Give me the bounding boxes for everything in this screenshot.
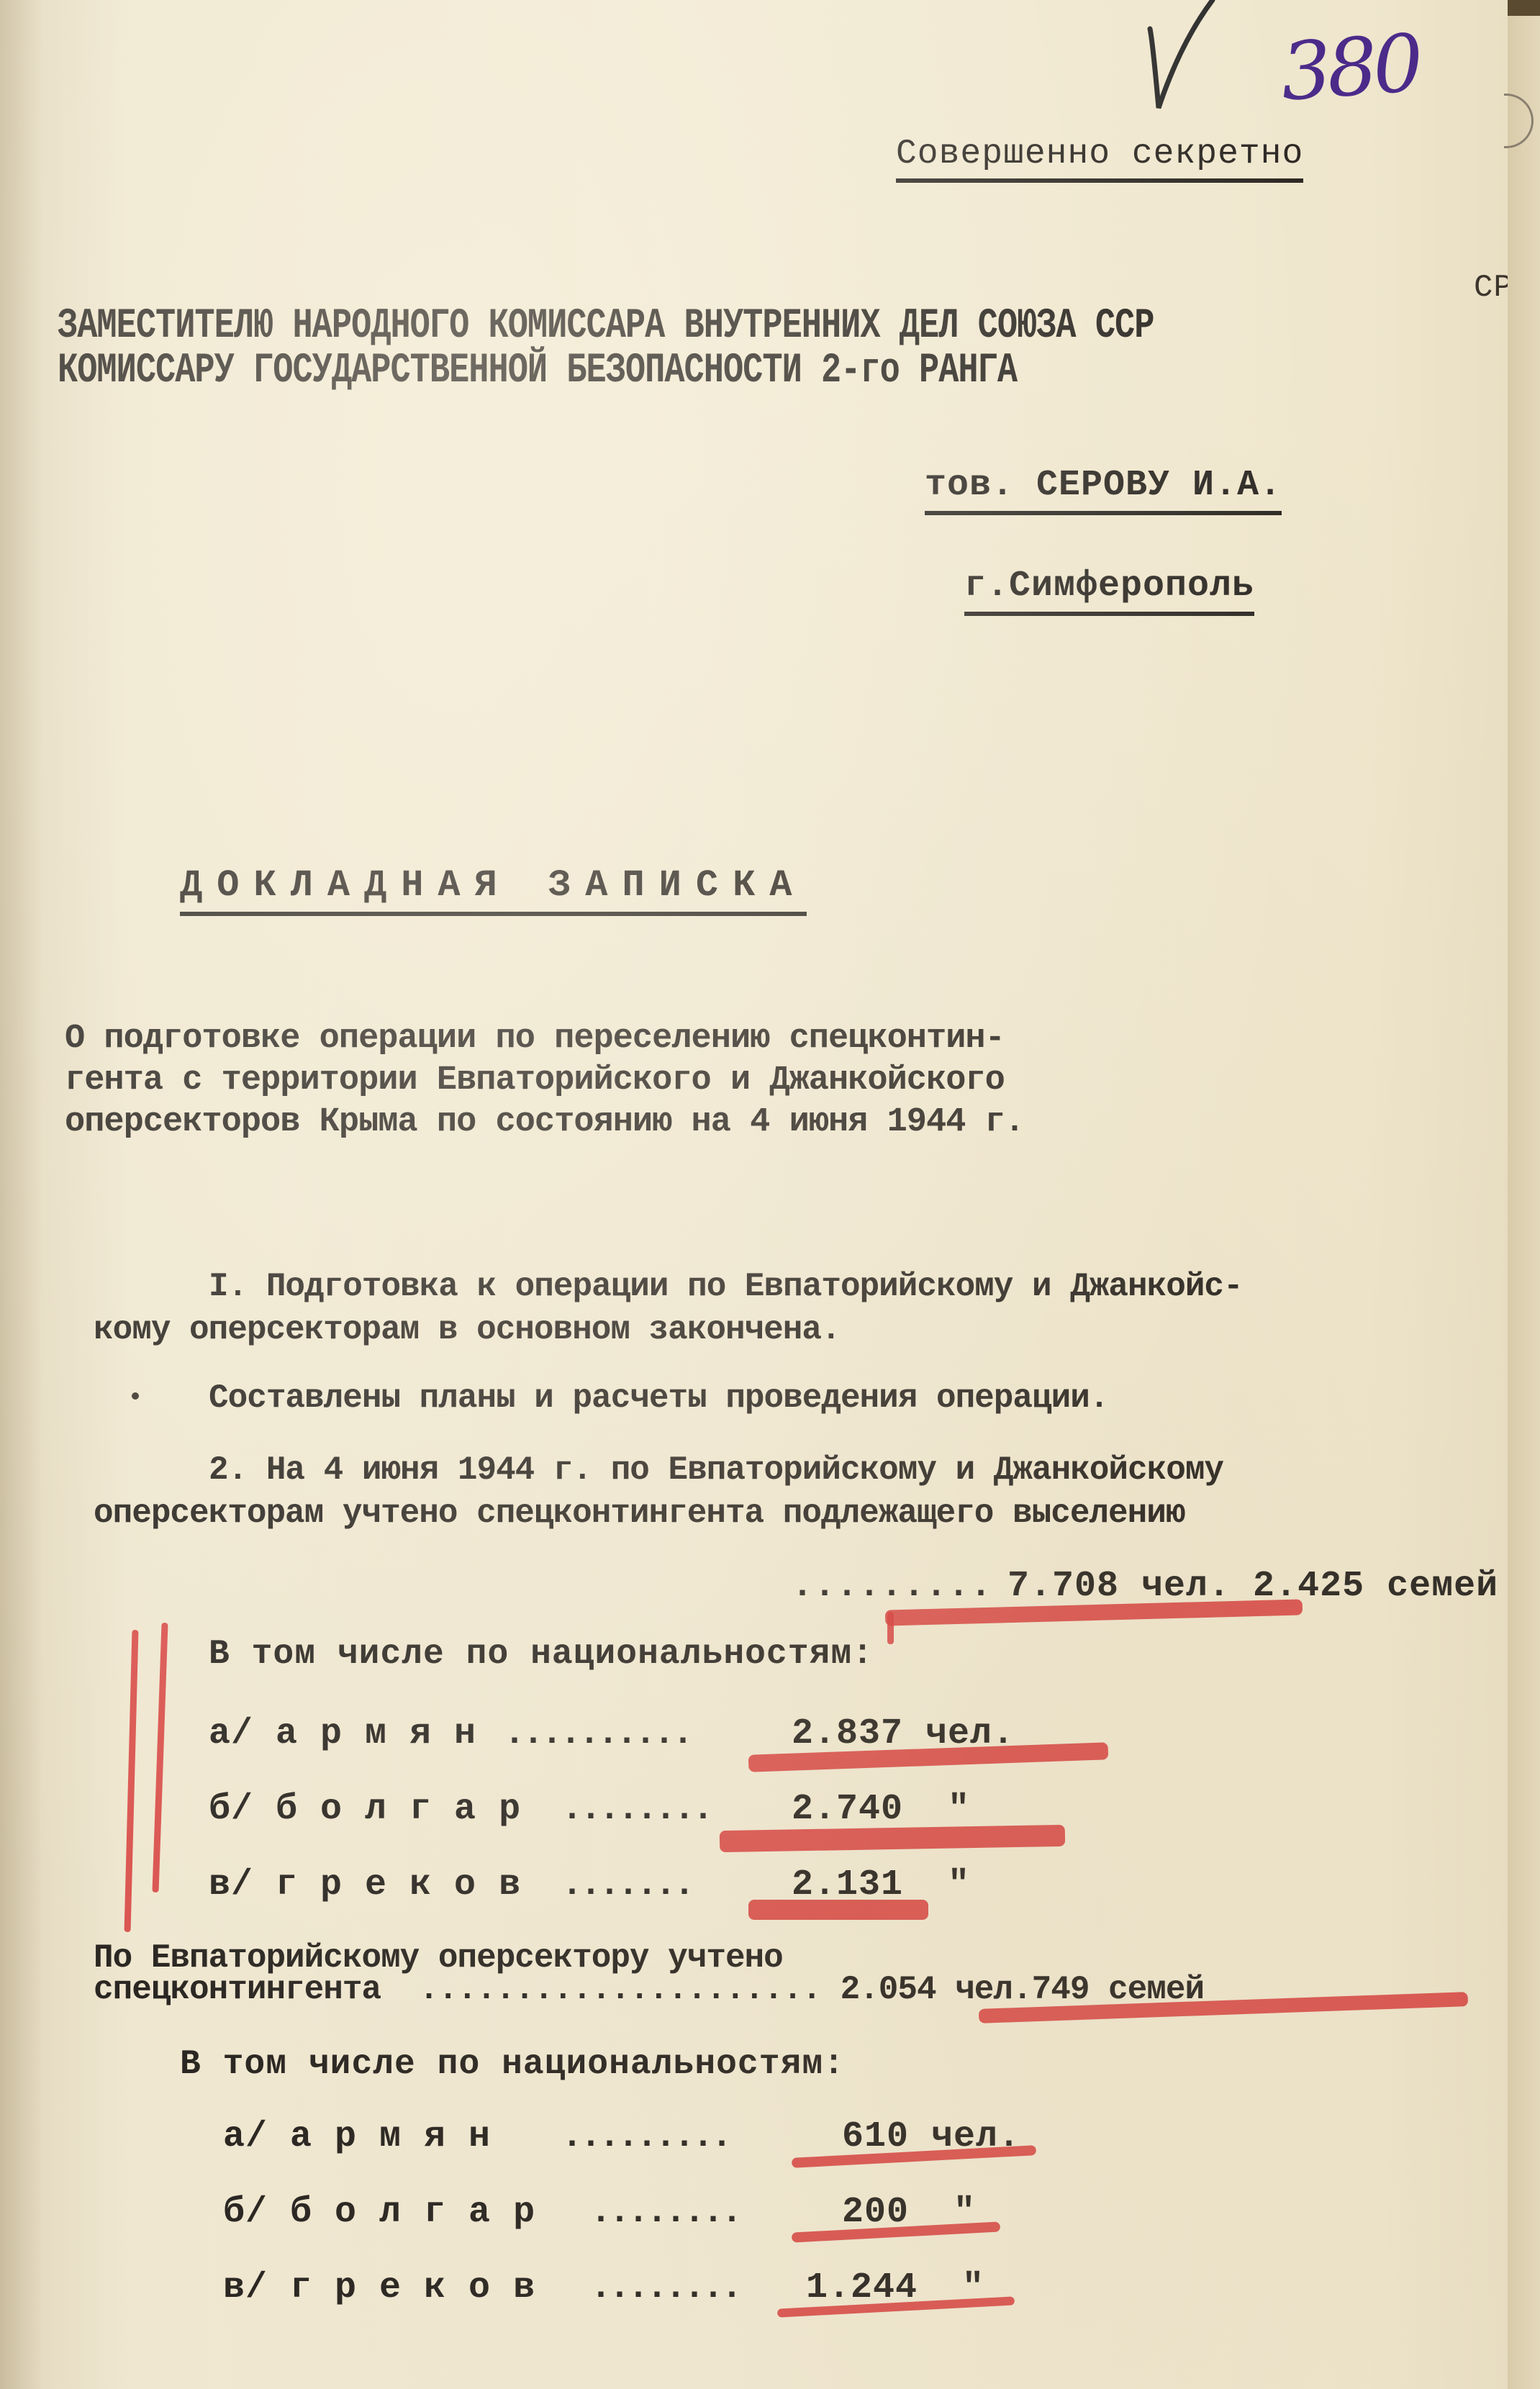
paragraph-2-line-1: 2. На 4 июня 1944 г. по Евпаторийскому и… [209,1454,1223,1487]
ink-dot [132,1392,139,1400]
addressee-line-2: КОМИССАРУ ГОСУДАРСТВЕННОЙ БЕЗОПАСНОСТИ 2… [58,350,1017,392]
breakdown-row-label: б/ б о л г а р [209,1792,521,1828]
addressee-name: тов. СЕРОВУ И.А. [925,468,1282,515]
breakdown-row-dots: ....... [561,1867,692,1903]
page-number: 380 [1278,17,1422,118]
breakdown-row-label: а/ а р м я н [209,1716,476,1752]
addressee-line-1: ЗАМЕСТИТЕЛЮ НАРОДНОГО КОМИССАРА ВНУТРЕНН… [58,305,1154,348]
pencil-margin-line [152,1623,168,1892]
subject-line-1: О подготовке операции по переселению спе… [65,1022,1005,1056]
pencil-underline [720,1825,1065,1852]
total-dots: ......... [792,1569,992,1605]
breakdown-row-dots: ........ [590,2270,740,2306]
paragraph-1-line-2: кому оперсекторам в основном закончена. [94,1313,841,1346]
breakdown-row-dots: ........ [590,2195,740,2231]
total-count: 7.708 чел. 2.425 семей [1007,1569,1498,1605]
breakdown-row-label: б/ б о л г а р [223,2195,535,2231]
paragraph-1-line-3: Составлены планы и расчеты проведения оп… [209,1382,1108,1415]
document-page: 380 Совершенно секретно ЗАМЕСТИТЕЛЮ НАРО… [0,0,1508,2389]
breakdown-row-dots: ......... [561,2119,730,2155]
binding-strip [1508,0,1540,16]
check-mark-icon [1144,0,1231,115]
breakdown-row-label: в/ г р е к о в [223,2270,535,2306]
breakdown-label: В том числе по национальностям: [180,2047,845,2082]
breakdown-row-label: в/ г р е к о в [209,1867,521,1903]
paragraph-1-line-1: I. Подготовка к операции по Евпаторийско… [209,1270,1243,1303]
breakdown-row-dots: ........ [561,1792,711,1828]
breakdown-row-dots: .......... [504,1716,691,1752]
paragraph-3-line-2: спецконтингента ..................... 2.… [94,1973,1204,2006]
breakdown-row-value: 2.131 " [792,1867,970,1903]
breakdown-row-label: а/ а р м я н [223,2119,491,2155]
subject-line-2: гента с территории Евпаторийского и Джан… [65,1064,1005,1097]
underlying-page-edge [1508,0,1540,2389]
breakdown-row-value: 2.740 " [792,1792,970,1828]
classification-stamp: Совершенно секретно [896,137,1303,183]
pencil-tick [887,1612,894,1644]
pencil-margin-line [124,1630,139,1932]
paragraph-2-line-2: оперсекторам учтено спецконтингента подл… [94,1497,1185,1530]
pencil-underline [748,1900,928,1920]
addressee-city: г.Симферополь [964,568,1254,616]
subject-line-3: оперсекторов Крыма по состоянию на 4 июн… [65,1105,1024,1139]
paragraph-3-line-1: По Евпаторийскому оперсектору учтено [94,1941,783,1975]
document-title: ДОКЛАДНАЯ ЗАПИСКА [180,867,807,916]
breakdown-label: В том числе по национальностям: [209,1637,874,1672]
